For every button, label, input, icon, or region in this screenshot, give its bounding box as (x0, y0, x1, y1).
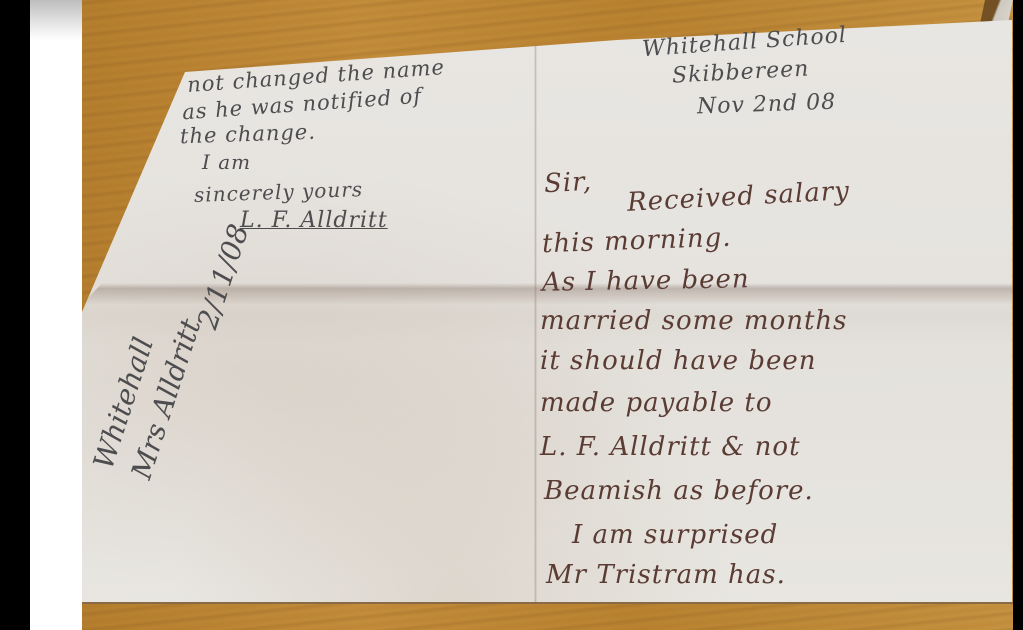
salutation: Sir, (543, 167, 592, 199)
left-white-border (30, 0, 82, 630)
paper-bottom-edge (82, 602, 1013, 604)
vertical-fold-line (534, 45, 537, 605)
body-line-4: married some months (540, 306, 848, 336)
body-line-3: As I have been (542, 264, 750, 298)
body-line-8: Beamish as before. (544, 476, 814, 506)
body-line-6: made payable to (540, 388, 773, 418)
left-black-border (0, 0, 30, 630)
body-line-5: it should have been (540, 346, 817, 376)
letter-photograph: not changed the name as he was notified … (82, 0, 1013, 630)
signature: L. F. Alldritt (240, 208, 388, 233)
body-line-7: L. F. Alldritt & not (540, 432, 801, 462)
right-black-border (1013, 0, 1023, 630)
body-line-10: Mr Tristram has. (546, 560, 786, 590)
body-line-9: I am surprised (572, 520, 778, 550)
letter-date: Nov 2nd 08 (697, 90, 837, 120)
continuation-line-3: the change. (180, 120, 317, 149)
closing-text: I am (202, 150, 251, 174)
